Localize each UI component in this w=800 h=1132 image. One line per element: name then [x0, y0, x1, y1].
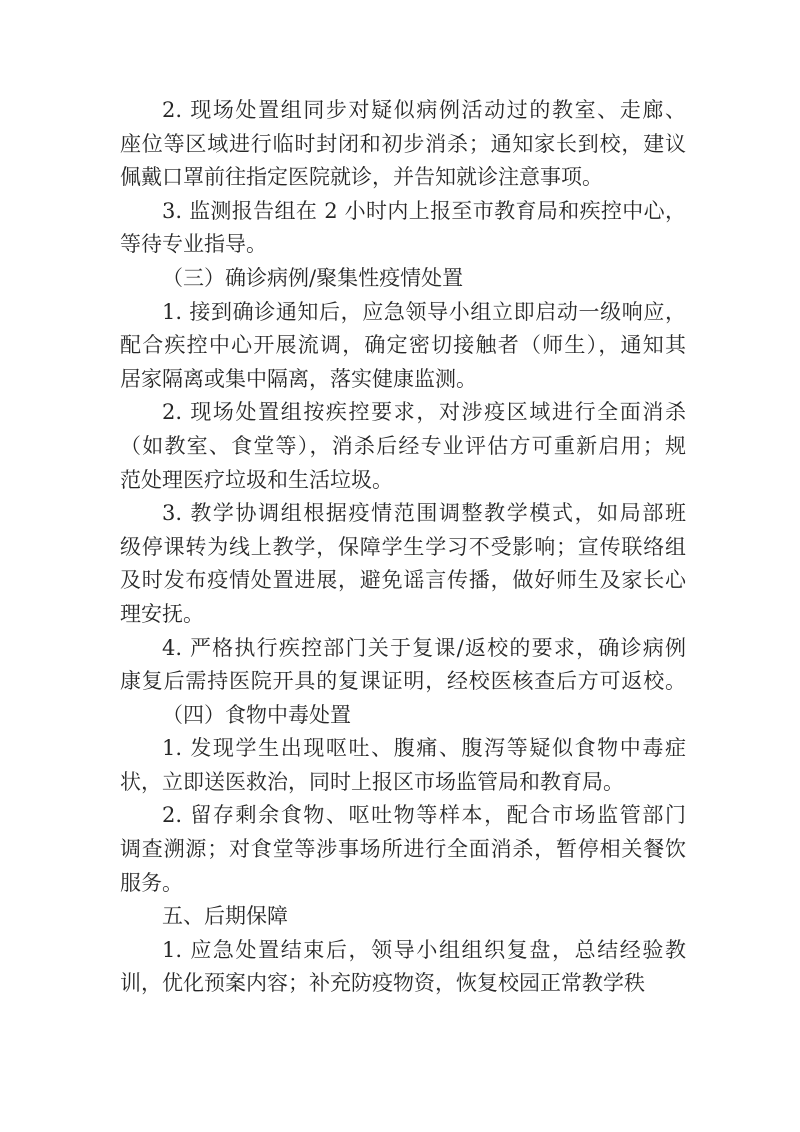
paragraph: 1. 应急处置结束后，领导小组组织复盘，总结经验教训，优化预案内容；补充防疫物资…	[120, 934, 686, 1001]
text-line: 级停课转为线上教学，保障学生学习不受影响；宣传联络组	[120, 531, 686, 565]
paragraph: 1. 发现学生出现呕吐、腹痛、腹泻等疑似食物中毒症状，立即送医救治，同时上报区市…	[120, 732, 686, 799]
text-line: 1. 发现学生出现呕吐、腹痛、腹泻等疑似食物中毒症	[120, 732, 686, 766]
text-line: 3. 教学协调组根据疫情范围调整教学模式，如局部班	[120, 497, 686, 531]
text-line: 2. 现场处置组按疾控要求，对涉疫区域进行全面消杀	[120, 396, 686, 430]
paragraph: 2. 留存剩余食物、呕吐物等样本，配合市场监管部门调查溯源；对食堂等涉事场所进行…	[120, 799, 686, 900]
text-line: 佩戴口罩前往指定医院就诊，并告知就诊注意事项。	[120, 161, 686, 195]
text-line: 居家隔离或集中隔离，落实健康监测。	[120, 363, 686, 397]
text-line: 理安抚。	[120, 598, 686, 632]
text-line: 调查溯源；对食堂等涉事场所进行全面消杀，暂停相关餐饮	[120, 833, 686, 867]
paragraph: 3. 监测报告组在 2 小时内上报至市教育局和疾控中心，等待专业指导。	[120, 195, 686, 262]
text-line: （如教室、食堂等），消杀后经专业评估方可重新启用；规	[120, 430, 686, 464]
text-line: 范处理医疗垃圾和生活垃圾。	[120, 464, 686, 498]
text-line: 4. 严格执行疾控部门关于复课/返校的要求，确诊病例	[120, 632, 686, 666]
paragraph: 3. 教学协调组根据疫情范围调整教学模式，如局部班级停课转为线上教学，保障学生学…	[120, 497, 686, 631]
paragraph: （三）确诊病例/聚集性疫情处置	[120, 262, 686, 296]
text-line: 五、后期保障	[120, 900, 686, 934]
paragraph: 4. 严格执行疾控部门关于复课/返校的要求，确诊病例康复后需持医院开具的复课证明…	[120, 632, 686, 699]
text-line: 座位等区域进行临时封闭和初步消杀；通知家长到校，建议	[120, 128, 686, 162]
paragraph: 2. 现场处置组按疾控要求，对涉疫区域进行全面消杀（如教室、食堂等），消杀后经专…	[120, 396, 686, 497]
text-line: 等待专业指导。	[120, 228, 686, 262]
text-line: 服务。	[120, 867, 686, 901]
text-line: 2. 现场处置组同步对疑似病例活动过的教室、走廊、	[120, 94, 686, 128]
paragraph: 1. 接到确诊通知后，应急领导小组立即启动一级响应，配合疾控中心开展流调，确定密…	[120, 296, 686, 397]
paragraph: 五、后期保障	[120, 900, 686, 934]
paragraph: 2. 现场处置组同步对疑似病例活动过的教室、走廊、座位等区域进行临时封闭和初步消…	[120, 94, 686, 195]
paragraph: （四）食物中毒处置	[120, 699, 686, 733]
text-line: 2. 留存剩余食物、呕吐物等样本，配合市场监管部门	[120, 799, 686, 833]
text-line: 1. 应急处置结束后，领导小组组织复盘，总结经验教	[120, 934, 686, 968]
text-line: 状，立即送医救治，同时上报区市场监管局和教育局。	[120, 766, 686, 800]
text-line: （四）食物中毒处置	[120, 699, 686, 733]
text-line: （三）确诊病例/聚集性疫情处置	[120, 262, 686, 296]
text-line: 训，优化预案内容；补充防疫物资，恢复校园正常教学秩序。	[120, 967, 686, 1001]
text-line: 及时发布疫情处置进展，避免谣言传播，做好师生及家长心	[120, 564, 686, 598]
document-body: 2. 现场处置组同步对疑似病例活动过的教室、走廊、座位等区域进行临时封闭和初步消…	[120, 94, 686, 1001]
text-line: 3. 监测报告组在 2 小时内上报至市教育局和疾控中心，	[120, 195, 686, 229]
document-page: 2. 现场处置组同步对疑似病例活动过的教室、走廊、座位等区域进行临时封闭和初步消…	[0, 0, 800, 1132]
text-line: 康复后需持医院开具的复课证明，经校医核查后方可返校。	[120, 665, 686, 699]
text-line: 1. 接到确诊通知后，应急领导小组立即启动一级响应，	[120, 296, 686, 330]
text-line: 配合疾控中心开展流调，确定密切接触者（师生），通知其	[120, 329, 686, 363]
